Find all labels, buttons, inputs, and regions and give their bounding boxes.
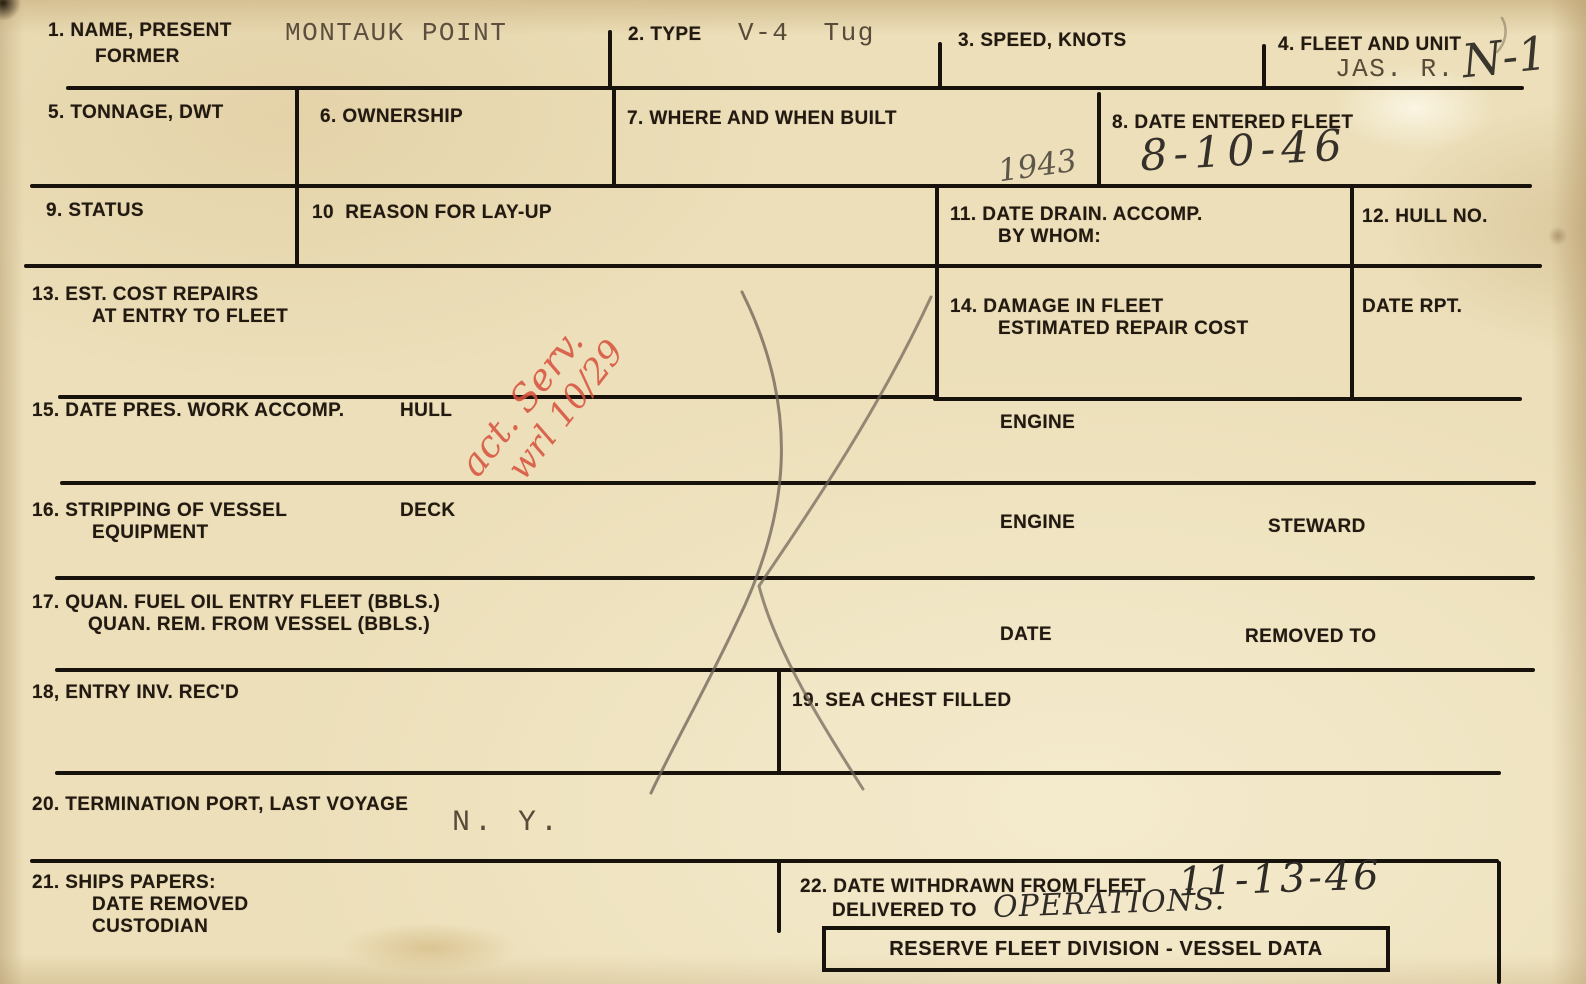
grid-line-v4 xyxy=(295,88,299,186)
field-15-engine-label: ENGINE xyxy=(1000,412,1075,434)
red-note-line1: act. Serv. xyxy=(453,231,664,485)
pencil-crossout-marks xyxy=(0,0,1586,984)
field-13-est-cost-label: 13. EST. COST REPAIRS xyxy=(32,284,259,306)
field-1-former-label: FORMER xyxy=(95,46,180,68)
field-19-sea-chest-label: 19. SEA CHEST FILLED xyxy=(792,690,1012,712)
grid-line-v6 xyxy=(1097,92,1101,186)
built-year-value: 1943 xyxy=(996,143,1079,190)
termination-port-value: N. Y. xyxy=(452,806,562,840)
field-16-stripping-label: 16. STRIPPING OF VESSEL xyxy=(32,500,287,522)
field-2-type-label: 2. TYPE xyxy=(628,24,702,46)
grid-line-h3 xyxy=(24,264,1542,268)
grid-line-h4 xyxy=(58,395,937,399)
grid-line-v9 xyxy=(1350,186,1354,266)
grid-line-v10 xyxy=(935,266,939,399)
field-21-date-removed-label: DATE REMOVED xyxy=(92,894,248,916)
field-17-date-label: DATE xyxy=(1000,624,1052,646)
red-note-line2: wrl 10/29 xyxy=(501,256,693,487)
grid-line-h1 xyxy=(66,86,1524,90)
field-3-speed-label: 3. SPEED, KNOTS xyxy=(958,30,1127,52)
field-4-fleet-unit-label: 4. FLEET AND UNIT xyxy=(1278,34,1461,56)
date-entered-value: 8-10-46 xyxy=(1139,121,1349,182)
field-17-fuel-removed-label: QUAN. REM. FROM VESSEL (BBLS.) xyxy=(88,614,430,636)
field-14-date-rpt-label: DATE RPT. xyxy=(1362,296,1462,318)
pencil-stroke-left xyxy=(651,292,781,793)
field-13-at-entry-label: AT ENTRY TO FLEET xyxy=(92,306,288,328)
card-title-box: RESERVE FLEET DIVISION - VESSEL DATA xyxy=(822,926,1390,972)
grid-line-v1 xyxy=(608,30,612,88)
field-7-built-label: 7. WHERE AND WHEN BUILT xyxy=(627,108,897,130)
grid-line-v8 xyxy=(935,186,939,266)
field-15-date-pres-label: 15. DATE PRES. WORK ACCOMP. xyxy=(32,400,344,422)
grid-line-v14 xyxy=(1497,861,1501,984)
grid-line-v11 xyxy=(1350,266,1354,399)
fleet-unit-hand-value: N-1 xyxy=(1459,26,1549,89)
field-22-delivered-to-label: DELIVERED TO xyxy=(832,900,977,922)
grid-line-v7 xyxy=(295,186,299,266)
field-21-custodian-label: CUSTODIAN xyxy=(92,916,208,938)
grid-line-h6 xyxy=(60,481,1536,485)
red-handwritten-note: act. Serv. wrl 10/29 xyxy=(453,231,742,546)
grid-line-v13 xyxy=(777,861,781,933)
field-21-ships-papers-label: 21. SHIPS PAPERS: xyxy=(32,872,216,894)
field-14-est-repair-label: ESTIMATED REPAIR COST xyxy=(998,318,1248,340)
field-1-name-present-label: 1. NAME, PRESENT xyxy=(48,20,232,42)
grid-line-h5 xyxy=(933,397,1522,401)
delivered-to-value: OPERATIONS. xyxy=(992,882,1225,925)
grid-line-v2 xyxy=(938,42,942,88)
field-20-termination-port-label: 20. TERMINATION PORT, LAST VOYAGE xyxy=(32,794,408,816)
pencil-stroke-right xyxy=(759,297,931,789)
grid-line-h8 xyxy=(55,668,1535,672)
grid-line-v12 xyxy=(777,671,781,772)
field-16-steward-label: STEWARD xyxy=(1268,516,1366,538)
grid-line-v5 xyxy=(612,88,616,186)
field-11-date-drain-label: 11. DATE DRAIN. ACCOMP. xyxy=(950,204,1203,226)
vessel-name-value: MONTAUK POINT xyxy=(285,18,507,48)
grid-line-v3 xyxy=(1262,44,1266,88)
card-title: RESERVE FLEET DIVISION - VESSEL DATA xyxy=(889,938,1323,961)
field-15-hull-label: HULL xyxy=(400,400,452,422)
field-16-engine-label: ENGINE xyxy=(1000,512,1075,534)
field-18-entry-inv-label: 18, ENTRY INV. REC'D xyxy=(32,682,239,704)
vessel-data-card: 1. NAME, PRESENT FORMER MONTAUK POINT 2.… xyxy=(0,0,1586,984)
grid-line-h7 xyxy=(55,576,1535,580)
field-11-by-whom-label: BY WHOM: xyxy=(998,226,1101,248)
field-17-fuel-entry-label: 17. QUAN. FUEL OIL ENTRY FLEET (BBLS.) xyxy=(32,592,440,614)
grid-line-h2 xyxy=(30,184,1532,188)
field-17-removed-to-label: REMOVED TO xyxy=(1245,626,1376,648)
field-16-deck-label: DECK xyxy=(400,500,455,522)
field-5-tonnage-label: 5. TONNAGE, DWT xyxy=(48,102,224,124)
field-16-equipment-label: EQUIPMENT xyxy=(92,522,209,544)
fleet-unit-typed-value: JAS. R. xyxy=(1335,54,1455,84)
field-10-reason-layup-label: 10 REASON FOR LAY-UP xyxy=(312,202,552,224)
field-14-damage-label: 14. DAMAGE IN FLEET xyxy=(950,296,1163,318)
field-9-status-label: 9. STATUS xyxy=(46,200,144,222)
type-value: V-4 Tug xyxy=(738,18,875,48)
field-12-hull-no-label: 12. HULL NO. xyxy=(1362,206,1488,228)
field-6-ownership-label: 6. OWNERSHIP xyxy=(320,106,463,128)
